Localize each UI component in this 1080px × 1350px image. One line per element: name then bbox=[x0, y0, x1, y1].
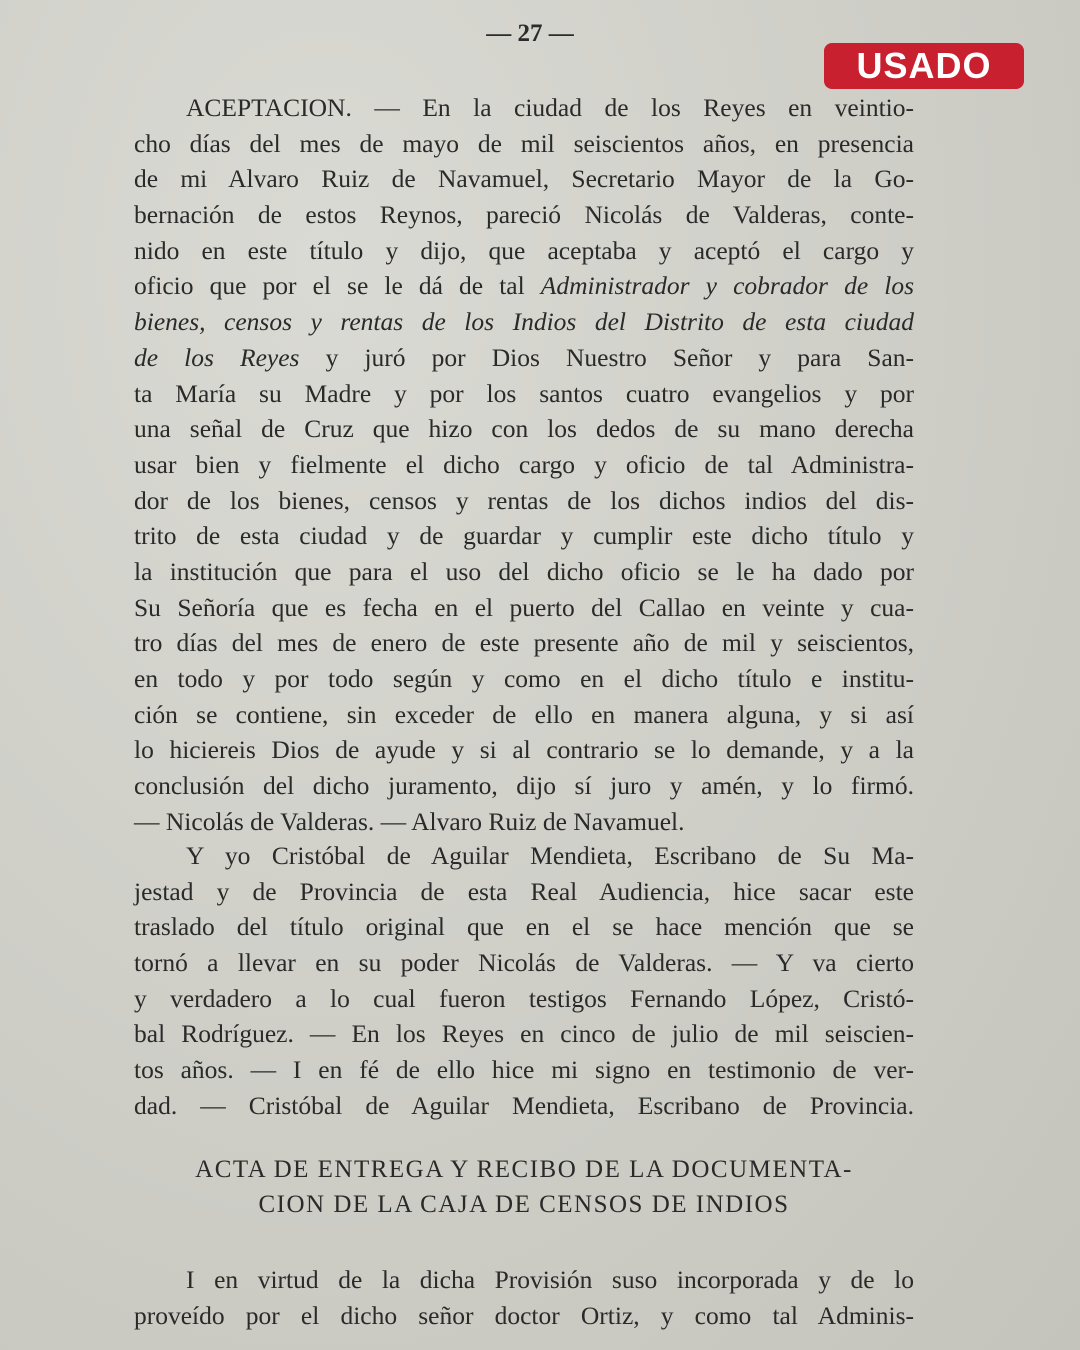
used-condition-badge: USADO bbox=[824, 43, 1024, 89]
text-line: nido en este título y dijo, que aceptaba… bbox=[134, 233, 914, 269]
text-line: en todo y por todo según y como en el di… bbox=[134, 661, 914, 697]
text-line: traslado del título original que en el s… bbox=[134, 909, 914, 945]
text-line: bal Rodríguez. — En los Reyes en cinco d… bbox=[134, 1016, 914, 1052]
text-line: tro días del mes de enero de este presen… bbox=[134, 625, 914, 661]
text-line: ción se contiene, sin exceder de ello en… bbox=[134, 697, 914, 733]
italic-title-run: bienes, censos y rentas de los Indios de… bbox=[134, 307, 914, 336]
text-line: ACEPTACION. — En la ciudad de los Reyes … bbox=[134, 90, 914, 126]
heading-line: ACTA DE ENTREGA Y RECIBO DE LA DOCUMENTA… bbox=[134, 1152, 914, 1187]
notary-paragraph: Y yo Cristóbal de Aguilar Mendieta, Escr… bbox=[134, 838, 914, 1124]
text-line: bernación de estos Reynos, pareció Nicol… bbox=[134, 197, 914, 233]
delivery-paragraph: I en virtud de la dicha Provisión suso i… bbox=[134, 1262, 914, 1333]
text-run: y juró por Dios Nuestro Señor y para San… bbox=[300, 343, 915, 372]
italic-title-run: Administrador y cobrador de los bbox=[541, 271, 914, 300]
section-heading: ACTA DE ENTREGA Y RECIBO DE LA DOCUMENTA… bbox=[134, 1152, 914, 1222]
acceptance-paragraph: ACEPTACION. — En la ciudad de los Reyes … bbox=[134, 90, 914, 839]
text-line: Y yo Cristóbal de Aguilar Mendieta, Escr… bbox=[134, 838, 914, 874]
text-line: Su Señoría que es fecha en el puerto del… bbox=[134, 590, 914, 626]
book-page: — 27 — USADO ACEPTACION. — En la ciudad … bbox=[0, 0, 1080, 1350]
text-line: cho días del mes de mayo de mil seiscien… bbox=[134, 126, 914, 162]
text-line-italic: bienes, censos y rentas de los Indios de… bbox=[134, 304, 914, 340]
text-line: proveído por el dicho señor doctor Ortiz… bbox=[134, 1298, 914, 1334]
text-line-mixed: oficio que por el se le dá de tal Admini… bbox=[134, 268, 914, 304]
text-line: la institución que para el uso del dicho… bbox=[134, 554, 914, 590]
text-run: oficio que por el se le dá de tal bbox=[134, 271, 541, 300]
text-line: tornó a llevar en su poder Nicolás de Va… bbox=[134, 945, 914, 981]
text-line: lo hiciereis Dios de ayude y si al contr… bbox=[134, 732, 914, 768]
text-line: una señal de Cruz que hizo con los dedos… bbox=[134, 411, 914, 447]
text-line: dor de los bienes, censos y rentas de lo… bbox=[134, 483, 914, 519]
text-line: I en virtud de la dicha Provisión suso i… bbox=[134, 1262, 914, 1298]
text-line: y verdadero a lo cual fueron testigos Fe… bbox=[134, 981, 914, 1017]
italic-title-run: de los Reyes bbox=[134, 343, 300, 372]
text-line: usar bien y fielmente el dicho cargo y o… bbox=[134, 447, 914, 483]
text-line: ta María su Madre y por los santos cuatr… bbox=[134, 376, 914, 412]
text-line: conclusión del dicho juramento, dijo sí … bbox=[134, 768, 914, 804]
text-line: dad. — Cristóbal de Aguilar Mendieta, Es… bbox=[134, 1088, 914, 1124]
text-line: de mi Alvaro Ruiz de Navamuel, Secretari… bbox=[134, 161, 914, 197]
text-line: jestad y de Provincia de esta Real Audie… bbox=[134, 874, 914, 910]
text-line-mixed: de los Reyes y juró por Dios Nuestro Señ… bbox=[134, 340, 914, 376]
text-line: trito de esta ciudad y de guardar y cump… bbox=[134, 518, 914, 554]
text-line: — Nicolás de Valderas. — Alvaro Ruiz de … bbox=[134, 804, 914, 840]
text-line: tos años. — I en fé de ello hice mi sign… bbox=[134, 1052, 914, 1088]
heading-line: CION DE LA CAJA DE CENSOS DE INDIOS bbox=[134, 1187, 914, 1222]
